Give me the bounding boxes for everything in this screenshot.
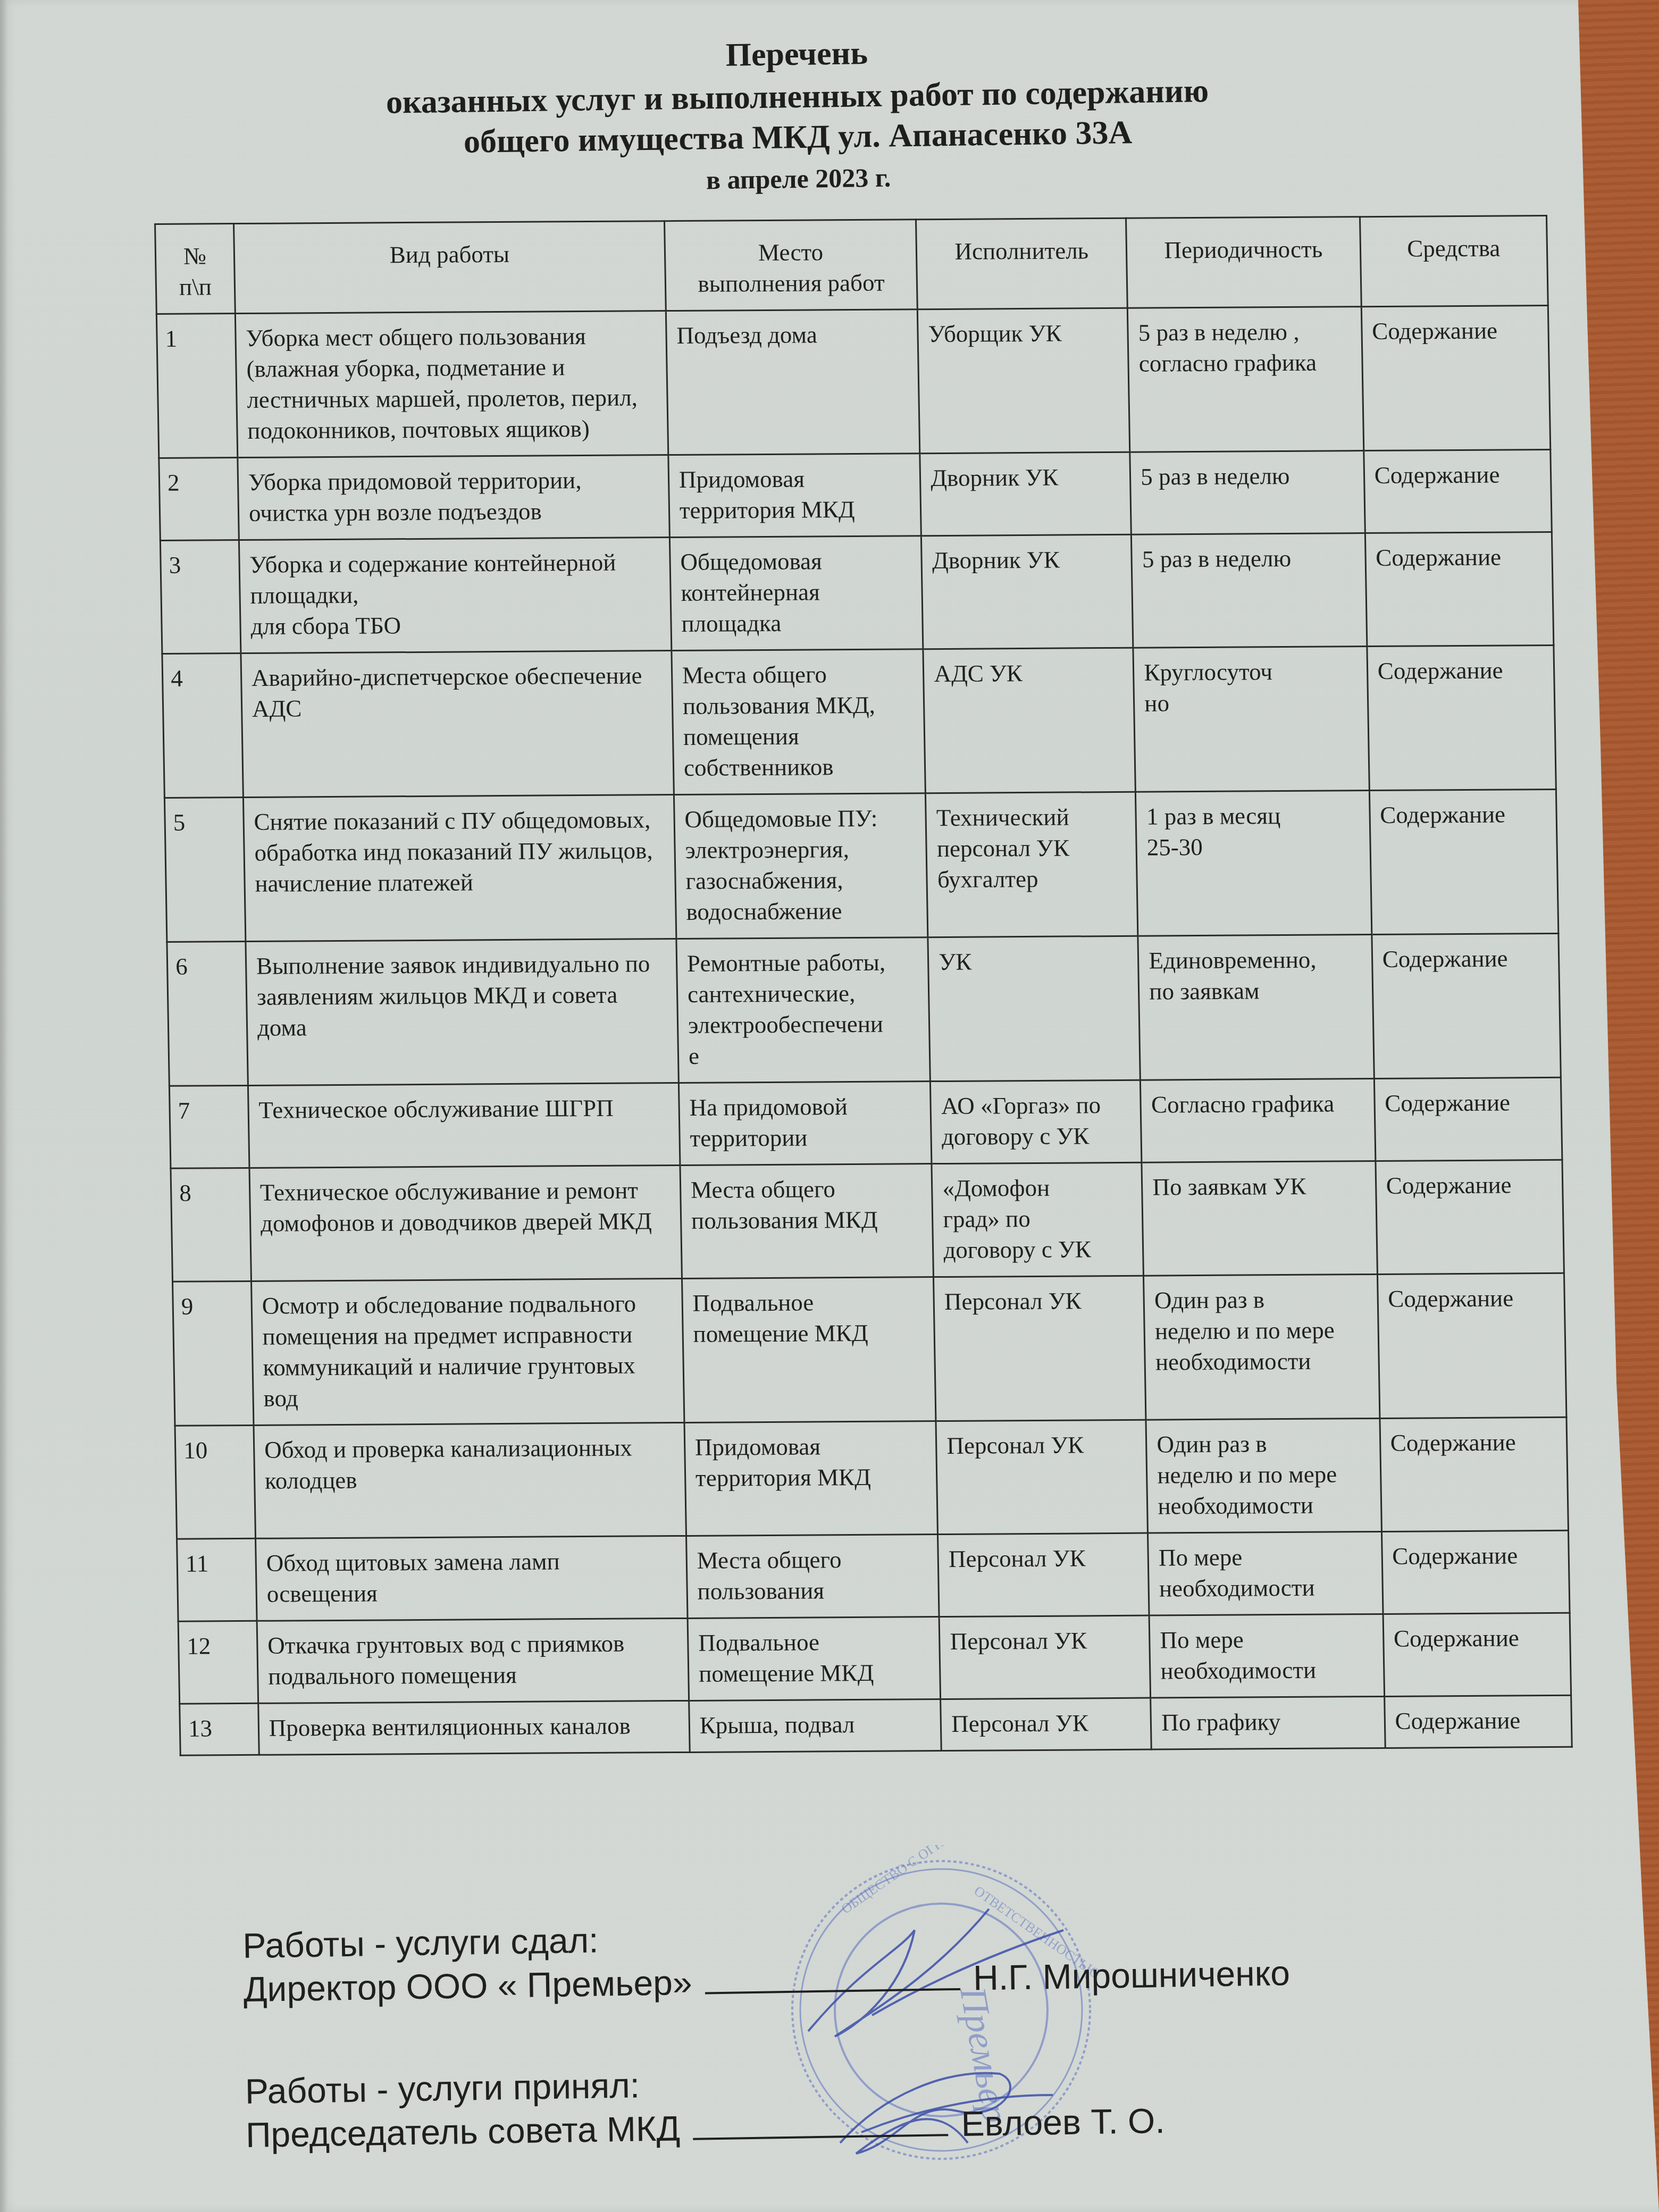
row-num: 9 [173,1281,254,1426]
row-work-type: Уборка придомовой территории, очистка ур… [238,455,670,540]
row-place: Придомовая территория МКД [684,1421,938,1536]
row-periodicity: По мере необходимости [1149,1614,1384,1698]
row-executor: Персонал УК [941,1698,1152,1750]
row-num: 4 [162,653,243,798]
row-work-type: Снятие показаний с ПУ общедомовых, обраб… [243,795,676,942]
table-header-row: № п\п Вид работы Место выполнения работ … [155,216,1548,314]
row-num: 3 [160,540,240,654]
document-page: Перечень оказанных услуг и выполненных р… [0,0,1659,2212]
row-executor: Персонал УК [934,1276,1146,1421]
handed-over-block: Работы - услуги сдал: Директор ООО « Пре… [242,1905,1467,2011]
row-executor: АО «Горгаз» по договору с УК [931,1080,1142,1163]
row-place: Общедомовая контейнерная площадка [669,536,923,651]
document-title: Перечень оказанных услуг и выполненных р… [265,24,1330,207]
row-place: Придомовая территория МКД [668,454,921,538]
row-executor: АДС УК [923,648,1135,793]
row-periodicity: Круглосуточ но [1133,647,1369,792]
row-num: 11 [177,1538,257,1621]
header-executor: Исполнитель [916,218,1128,309]
signature-line-chairman [693,2102,949,2140]
table-row: 13Проверка вентиляционных каналовКрыша, … [180,1695,1572,1755]
table-row: 9Осмотр и обследование подвального помещ… [173,1273,1566,1426]
row-periodicity: Один раз в неделю и по мере необходимост… [1144,1274,1380,1420]
row-funds: Содержание [1383,1613,1571,1696]
row-periodicity: 5 раз в неделю , согласно графика [1128,307,1364,453]
table-row: 3Уборка и содержание контейнерной площад… [160,532,1553,653]
row-funds: Содержание [1369,789,1559,934]
table-row: 7Техническое обслуживание ШГРПНа придомо… [169,1077,1562,1168]
row-work-type: Обход щитовых замена ламп освещения [255,1536,688,1621]
table-row: 11Обход щитовых замена ламп освещенияМес… [177,1530,1570,1621]
svg-text:ОБЩЕСТВО С ОГРАНИЧЕННОЙ: ОБЩЕСТВО С ОГРАНИЧЕННОЙ [839,1845,1015,1917]
row-funds: Содержание [1381,1530,1570,1614]
row-work-type: Осмотр и обследование подвального помеще… [251,1278,684,1425]
table-row: 5Снятие показаний с ПУ общедомовых, обра… [164,789,1558,942]
accepted-name: Евлоев Т. О. [961,2101,1165,2143]
services-table: № п\п Вид работы Место выполнения работ … [154,215,1573,1756]
row-work-type: Уборка мест общего пользования (влажная … [235,311,668,458]
row-funds: Содержание [1374,1077,1562,1161]
row-place: Места общего пользования МКД [680,1164,934,1279]
row-place: На придомовой территории [678,1082,932,1166]
row-periodicity: По графику [1151,1696,1385,1749]
row-num: 5 [164,797,245,942]
row-periodicity: По заявкам УК [1142,1161,1377,1276]
row-funds: Содержание [1380,1417,1569,1531]
row-periodicity: 1 раз в месяц 25-30 [1136,791,1372,936]
row-num: 2 [159,458,239,541]
row-num: 13 [180,1703,259,1755]
row-executor: Технический персонал УК бухгалтер [926,792,1138,937]
header-place: Место выполнения работ [664,220,917,311]
row-place: Подъезд дома [666,309,920,455]
row-place: Крыша, подвал [689,1699,942,1753]
row-num: 10 [175,1425,255,1539]
row-work-type: Техническое обслуживание и ремонт домофо… [249,1165,682,1281]
row-periodicity: По мере необходимости [1148,1531,1383,1615]
row-funds: Содержание [1365,532,1554,646]
header-num: № п\п [155,224,236,314]
row-executor: Дворник УК [920,452,1132,535]
row-num: 8 [171,1168,251,1281]
row-funds: Содержание [1363,449,1552,533]
row-work-type: Выполнение заявок индивидуально по заявл… [246,939,678,1086]
row-place: Ремонтные работы, сантехнические, электр… [676,937,931,1083]
row-work-type: Техническое обслуживание ШГРП [248,1083,680,1168]
row-place: Подвальное помещение МКД [688,1617,941,1701]
row-executor: УК [928,936,1140,1081]
row-funds: Содержание [1377,1273,1566,1418]
row-executor: «Домофон град» по договору с УК [932,1162,1143,1277]
table-row: 8Техническое обслуживание и ремонт домоф… [171,1160,1564,1281]
header-funds: Средства [1360,216,1548,307]
row-periodicity: Один раз в неделю и по мере необходимост… [1146,1418,1381,1533]
row-executor: Персонал УК [939,1615,1151,1699]
row-work-type: Проверка вентиляционных каналов [258,1700,690,1755]
row-executor: Персонал УК [936,1420,1147,1534]
row-funds: Содержание [1367,645,1556,790]
row-place: Подвальное помещение МКД [682,1277,936,1423]
row-work-type: Откачка грунтовых вод с приямков подваль… [257,1618,689,1703]
row-periodicity: 5 раз в неделю [1132,533,1367,648]
row-periodicity: Единовременно, по заявкам [1138,935,1374,1080]
row-num: 1 [156,314,237,458]
row-executor: Дворник УК [921,534,1133,649]
row-num: 7 [169,1085,249,1168]
table-row: 10Обход и проверка канализационных колод… [175,1417,1568,1539]
page-edge-shadow [0,0,7,2212]
row-periodicity: Согласно графика [1141,1079,1376,1163]
row-work-type: Аварийно-диспетчерское обеспечение АДС [241,651,674,798]
row-num: 6 [167,941,248,1086]
table-row: 2Уборка придомовой территории, очистка у… [159,449,1552,540]
row-funds: Содержание [1361,305,1551,450]
row-place: Общедомовые ПУ: электроэнергия, газоснаб… [674,793,928,939]
accepted-block: Работы - услуги принял: Председатель сов… [245,2050,1469,2157]
row-place: Места общего пользования [686,1535,939,1619]
signatures-section: Работы - услуги сдал: Директор ООО « Пре… [242,1905,1470,2212]
signature-line-director [705,1956,960,1995]
accepted-role: Председатель совета МКД [245,2108,680,2155]
row-work-type: Уборка и содержание контейнерной площадк… [239,538,672,653]
table-row: 6Выполнение заявок индивидуально по заяв… [167,933,1561,1086]
row-executor: Персонал УК [938,1533,1150,1616]
row-work-type: Обход и проверка канализационных колодце… [254,1422,686,1538]
handed-over-role: Директор ООО « Премьер» [243,1963,692,2009]
handed-over-name: Н.Г. Мирошниченко [973,1953,1291,1997]
table-body: 1Уборка мест общего пользования (влажная… [156,305,1572,1755]
row-periodicity: 5 раз в неделю [1130,451,1365,535]
row-num: 12 [178,1621,258,1704]
row-funds: Содержание [1384,1695,1572,1748]
row-place: Места общего пользования МКД, помещения … [672,649,926,795]
header-work-type: Вид работы [233,221,666,314]
table-row: 1Уборка мест общего пользования (влажная… [156,305,1550,458]
row-funds: Содержание [1376,1160,1564,1274]
table-row: 12Откачка грунтовых вод с приямков подва… [178,1613,1571,1704]
row-executor: Уборщик УК [918,308,1130,453]
table-row: 4Аварийно-диспетчерское обеспечение АДСМ… [162,645,1556,798]
header-periodicity: Периодичность [1126,217,1361,308]
row-funds: Содержание [1371,933,1561,1078]
